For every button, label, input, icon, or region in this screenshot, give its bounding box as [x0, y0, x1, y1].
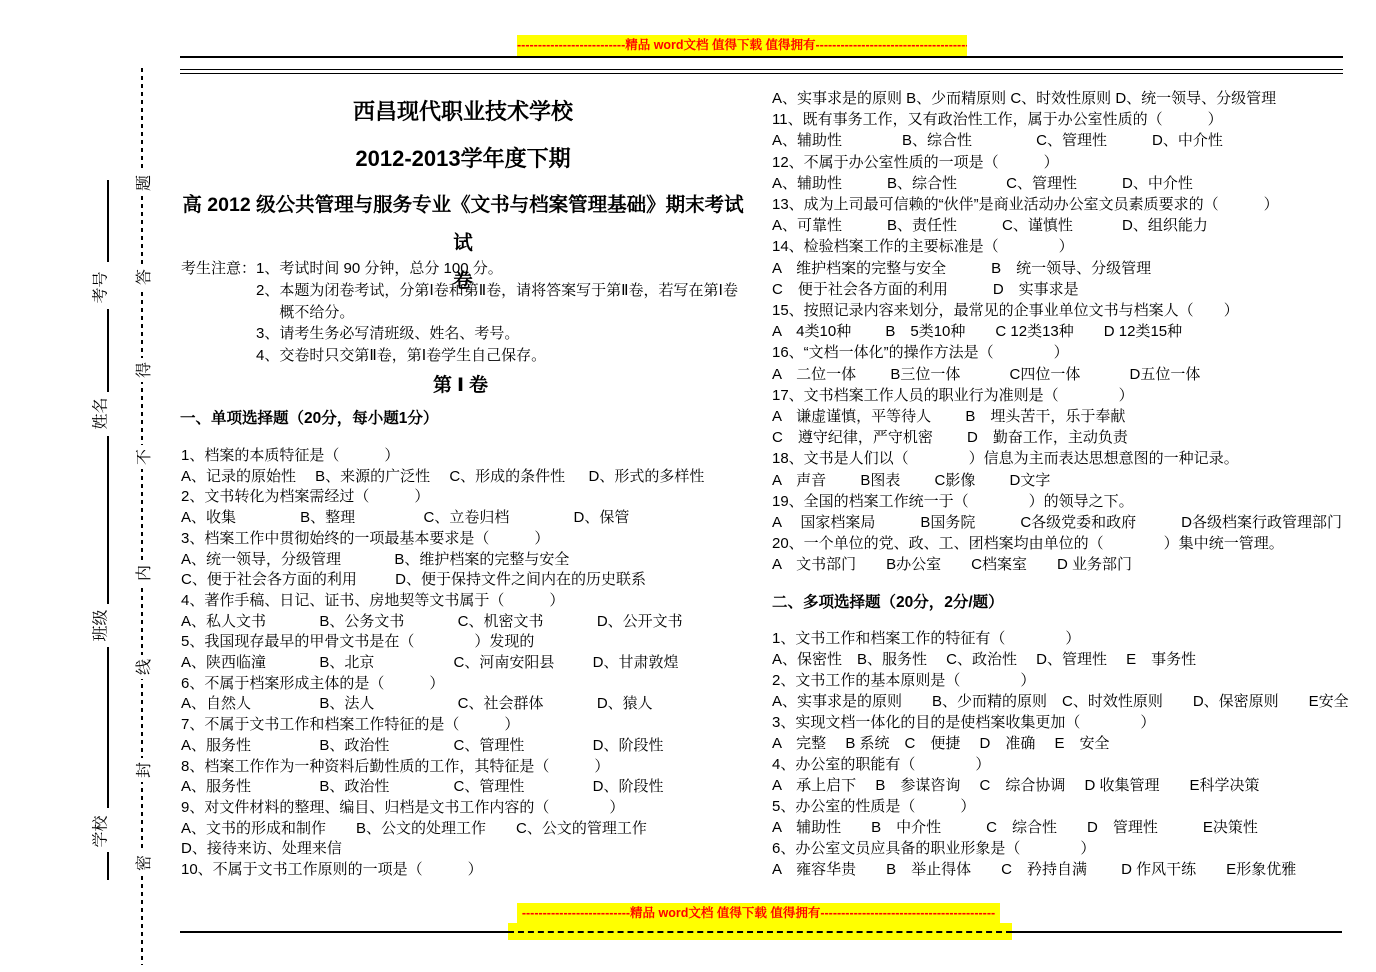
question-line: D、接待来访、处理来信: [181, 839, 756, 860]
examinee-notice: 考生注意：1、考试时间 90 分钟，总分 100 分。 2、本题为闭卷考试，分第…: [181, 258, 753, 367]
question-line: A、实事求是的原则 B、少而精的原则 C、时效性原则 D、保密原则 E安全: [772, 691, 1357, 712]
question-line: 15、按照记录内容来划分，最常见的企事业单位文书与档案人（ ）: [772, 300, 1357, 321]
question-line: 1、档案的本质特征是（ ）: [181, 446, 756, 467]
question-line: 11、既有事务工作，又有政治性工作，属于办公室性质的（ ）: [772, 109, 1357, 130]
question-line: A、辅助性 B、综合性 C、管理性 D、中介性: [772, 130, 1357, 151]
promo-banner-bottom: --------------------------精品 word文档 值得下载…: [517, 903, 1000, 923]
question-line: A 雍容华贵 B 举止得体 C 矜持自满 D 作风干练 E形象优雅: [772, 859, 1357, 880]
seal-character: 得: [130, 358, 154, 382]
exam-document-page: --------------------------精品 word文档 值得下载…: [0, 0, 1376, 972]
promo-dash-strip: [508, 923, 1012, 940]
question-line: 17、文书档案工作人员的职业行为准则是（ ）: [772, 385, 1357, 406]
question-line: A 二位一体 B三位一体 C四位一体 D五位一体: [772, 364, 1357, 385]
notice-line: 3、请考生务必写清班级、姓名、考号。: [181, 323, 753, 345]
promo-banner-top: --------------------------精品 word文档 值得下载…: [517, 35, 967, 56]
question-line: A 完整 B 系统 C 便捷 D 准确 E 安全: [772, 733, 1357, 754]
seal-dashed-line: [141, 68, 143, 965]
question-line: 14、检验档案工作的主要标准是（ ）: [772, 236, 1357, 257]
question-line: A 辅助性 B 中介性 C 综合性 D 管理性 E决策性: [772, 817, 1357, 838]
question-line: A 文书部门 B办公室 C档案室 D 业务部门: [772, 554, 1357, 575]
section-single-choice-heading: 一、单项选择题（20分，每小题1分）: [180, 406, 438, 428]
question-line: A、辅助性 B、综合性 C、管理性 D、中介性: [772, 173, 1357, 194]
question-line: C 便于社会各方面的利用 D 实事求是: [772, 279, 1357, 300]
question-line: A 声音 B图表 C影像 D文字: [772, 470, 1357, 491]
question-line: 7、不属于文书工作和档案工作特征的是（ ）: [181, 715, 756, 736]
question-line: C、便于社会各方面的利用 D、便于保持文件之间内在的历史联系: [181, 570, 756, 591]
notice-line: 2、本题为闭卷考试，分第Ⅰ卷和第Ⅱ卷，请将答案写于第Ⅱ卷，若写在第Ⅰ卷: [181, 280, 753, 302]
fill-in-line: [107, 436, 109, 604]
question-line: 2、文书转化为档案需经过（ ）: [181, 487, 756, 508]
question-line: 1、文书工作和档案工作的特征有（ ）: [772, 628, 1357, 649]
question-line: 4、著作手稿、日记、证书、房地契等文书属于（ ）: [181, 591, 756, 612]
question-line: 6、办公室文员应具备的职业形象是（ ）: [772, 838, 1357, 859]
single-choice-questions-right-column: A、实事求是的原则 B、少而精原则 C、时效性原则 D、统一领导、分级管理11、…: [772, 88, 1357, 576]
question-line: A、自然人 B、法人 C、社会群体 D、猿人: [181, 694, 756, 715]
notice-line: 概不给分。: [181, 302, 753, 324]
question-line: 3、档案工作中贯彻始终的一项最基本要求是（ ）: [181, 529, 756, 550]
question-line: 10、不属于文书工作原则的一项是（ ）: [181, 860, 756, 881]
question-line: A、私人文书 B、公务文书 C、机密文书 D、公开文书: [181, 612, 756, 633]
question-line: A、文书的形成和制作 B、公文的处理工作 C、公文的管理工作: [181, 819, 756, 840]
question-line: 8、档案工作作为一种资料后勤性质的工作，其特征是（ ）: [181, 757, 756, 778]
seal-character: 不: [130, 445, 154, 469]
question-line: 5、办公室的性质是（ ）: [772, 796, 1357, 817]
question-line: A 谦虚谨慎，平等待人 B 埋头苦干，乐于奉献: [772, 406, 1357, 427]
seal-character: 答: [130, 265, 154, 289]
seal-character: 封: [130, 758, 154, 782]
question-line: 5、我国现存最早的甲骨文书是在（ ）发现的: [181, 632, 756, 653]
question-line: C 遵守纪律，严守机密 D 勤奋工作，主动负责: [772, 427, 1357, 448]
student-info-label: 班级: [85, 599, 113, 651]
multi-choice-questions: 1、文书工作和档案工作的特征有（ ）A、保密性 B、服务性 C、政治性 D、管理…: [772, 628, 1357, 880]
single-choice-questions-left-column: 1、档案的本质特征是（ ）A、记录的原始性 B、来源的广泛性 C、形成的条件性 …: [181, 446, 756, 881]
question-line: A 维护档案的完整与安全 B 统一领导、分级管理: [772, 258, 1357, 279]
fill-in-line: [107, 180, 109, 262]
question-line: 2、文书工作的基本原则是（ ）: [772, 670, 1357, 691]
term-title: 2012-2013学年度下期: [180, 142, 746, 173]
question-line: A、收集 B、整理 C、立卷归档 D、保管: [181, 508, 756, 529]
seal-character: 密: [130, 851, 154, 875]
question-line: 20、一个单位的党、政、工、团档案均由单位的（ ）集中统一管理。: [772, 533, 1357, 554]
question-line: A、服务性 B、政治性 C、管理性 D、阶段性: [181, 777, 756, 798]
question-line: A、陕西临潼 B、北京 C、河南安阳县 D、甘肃敦煌: [181, 653, 756, 674]
header-double-rule: [180, 69, 1343, 74]
question-line: A、实事求是的原则 B、少而精原则 C、时效性原则 D、统一领导、分级管理: [772, 88, 1357, 109]
student-info-label: 姓名: [85, 387, 113, 439]
seal-character: 内: [130, 561, 154, 585]
question-line: 4、办公室的职能有（ ）: [772, 754, 1357, 775]
fill-in-line: [107, 647, 109, 808]
question-line: A、记录的原始性 B、来源的广泛性 C、形成的条件性 D、形式的多样性: [181, 467, 756, 488]
question-line: 3、实现文档一体化的目的是使档案收集更加（ ）: [772, 712, 1357, 733]
question-line: A 4类10种 B 5类10种 C 12类13种 D 12类15种: [772, 321, 1357, 342]
exam-title-line1: 高 2012 级公共管理与服务专业《文书与档案管理基础》期末考试试: [182, 194, 743, 254]
fill-in-line: [107, 309, 109, 392]
paper-one-title: 第Ⅰ卷: [180, 370, 746, 397]
student-info-label: 学校: [85, 805, 113, 857]
question-line: 12、不属于办公室性质的一项是（ ）: [772, 152, 1357, 173]
dashed-divider: [508, 931, 1012, 933]
question-line: 16、“文档一体化”的操作方法是（ ）: [772, 342, 1357, 363]
seal-character: 线: [130, 655, 154, 679]
question-line: 13、成为上司最可信赖的“伙伴”是商业活动办公室文员素质要求的（ ）: [772, 194, 1357, 215]
top-rule: [180, 56, 1343, 58]
seal-character: 题: [130, 171, 154, 195]
notice-line: 4、交卷时只交第Ⅱ卷，第Ⅰ卷学生自己保存。: [181, 345, 753, 367]
school-title: 西昌现代职业技术学校: [180, 95, 746, 126]
question-line: A、保密性 B、服务性 C、政治性 D、管理性 E 事务性: [772, 649, 1357, 670]
question-line: 19、全国的档案工作统一于（ ）的领导之下。: [772, 491, 1357, 512]
question-line: A 国家档案局 B国务院 C各级党委和政府 D各级档案行政管理部门: [772, 512, 1357, 533]
student-info-label: 考号: [85, 261, 113, 313]
question-line: A、可靠性 B、责任性 C、谨慎性 D、组织能力: [772, 215, 1357, 236]
question-line: A、服务性 B、政治性 C、管理性 D、阶段性: [181, 736, 756, 757]
question-line: 9、对文件材料的整理、编目、归档是文书工作内容的（ ）: [181, 798, 756, 819]
notice-line: 考生注意：1、考试时间 90 分钟，总分 100 分。: [181, 258, 753, 280]
question-line: 18、文书是人们以（ ）信息为主而表达思想意图的一种记录。: [772, 448, 1357, 469]
question-line: 6、不属于档案形成主体的是（ ）: [181, 674, 756, 695]
question-line: A、统一领导，分级管理 B、维护档案的完整与安全: [181, 550, 756, 571]
section-multi-choice-heading: 二、多项选择题（20分，2分/题）: [772, 590, 1004, 612]
question-line: A 承上启下 B 参谋咨询 C 综合协调 D 收集管理 E科学决策: [772, 775, 1357, 796]
